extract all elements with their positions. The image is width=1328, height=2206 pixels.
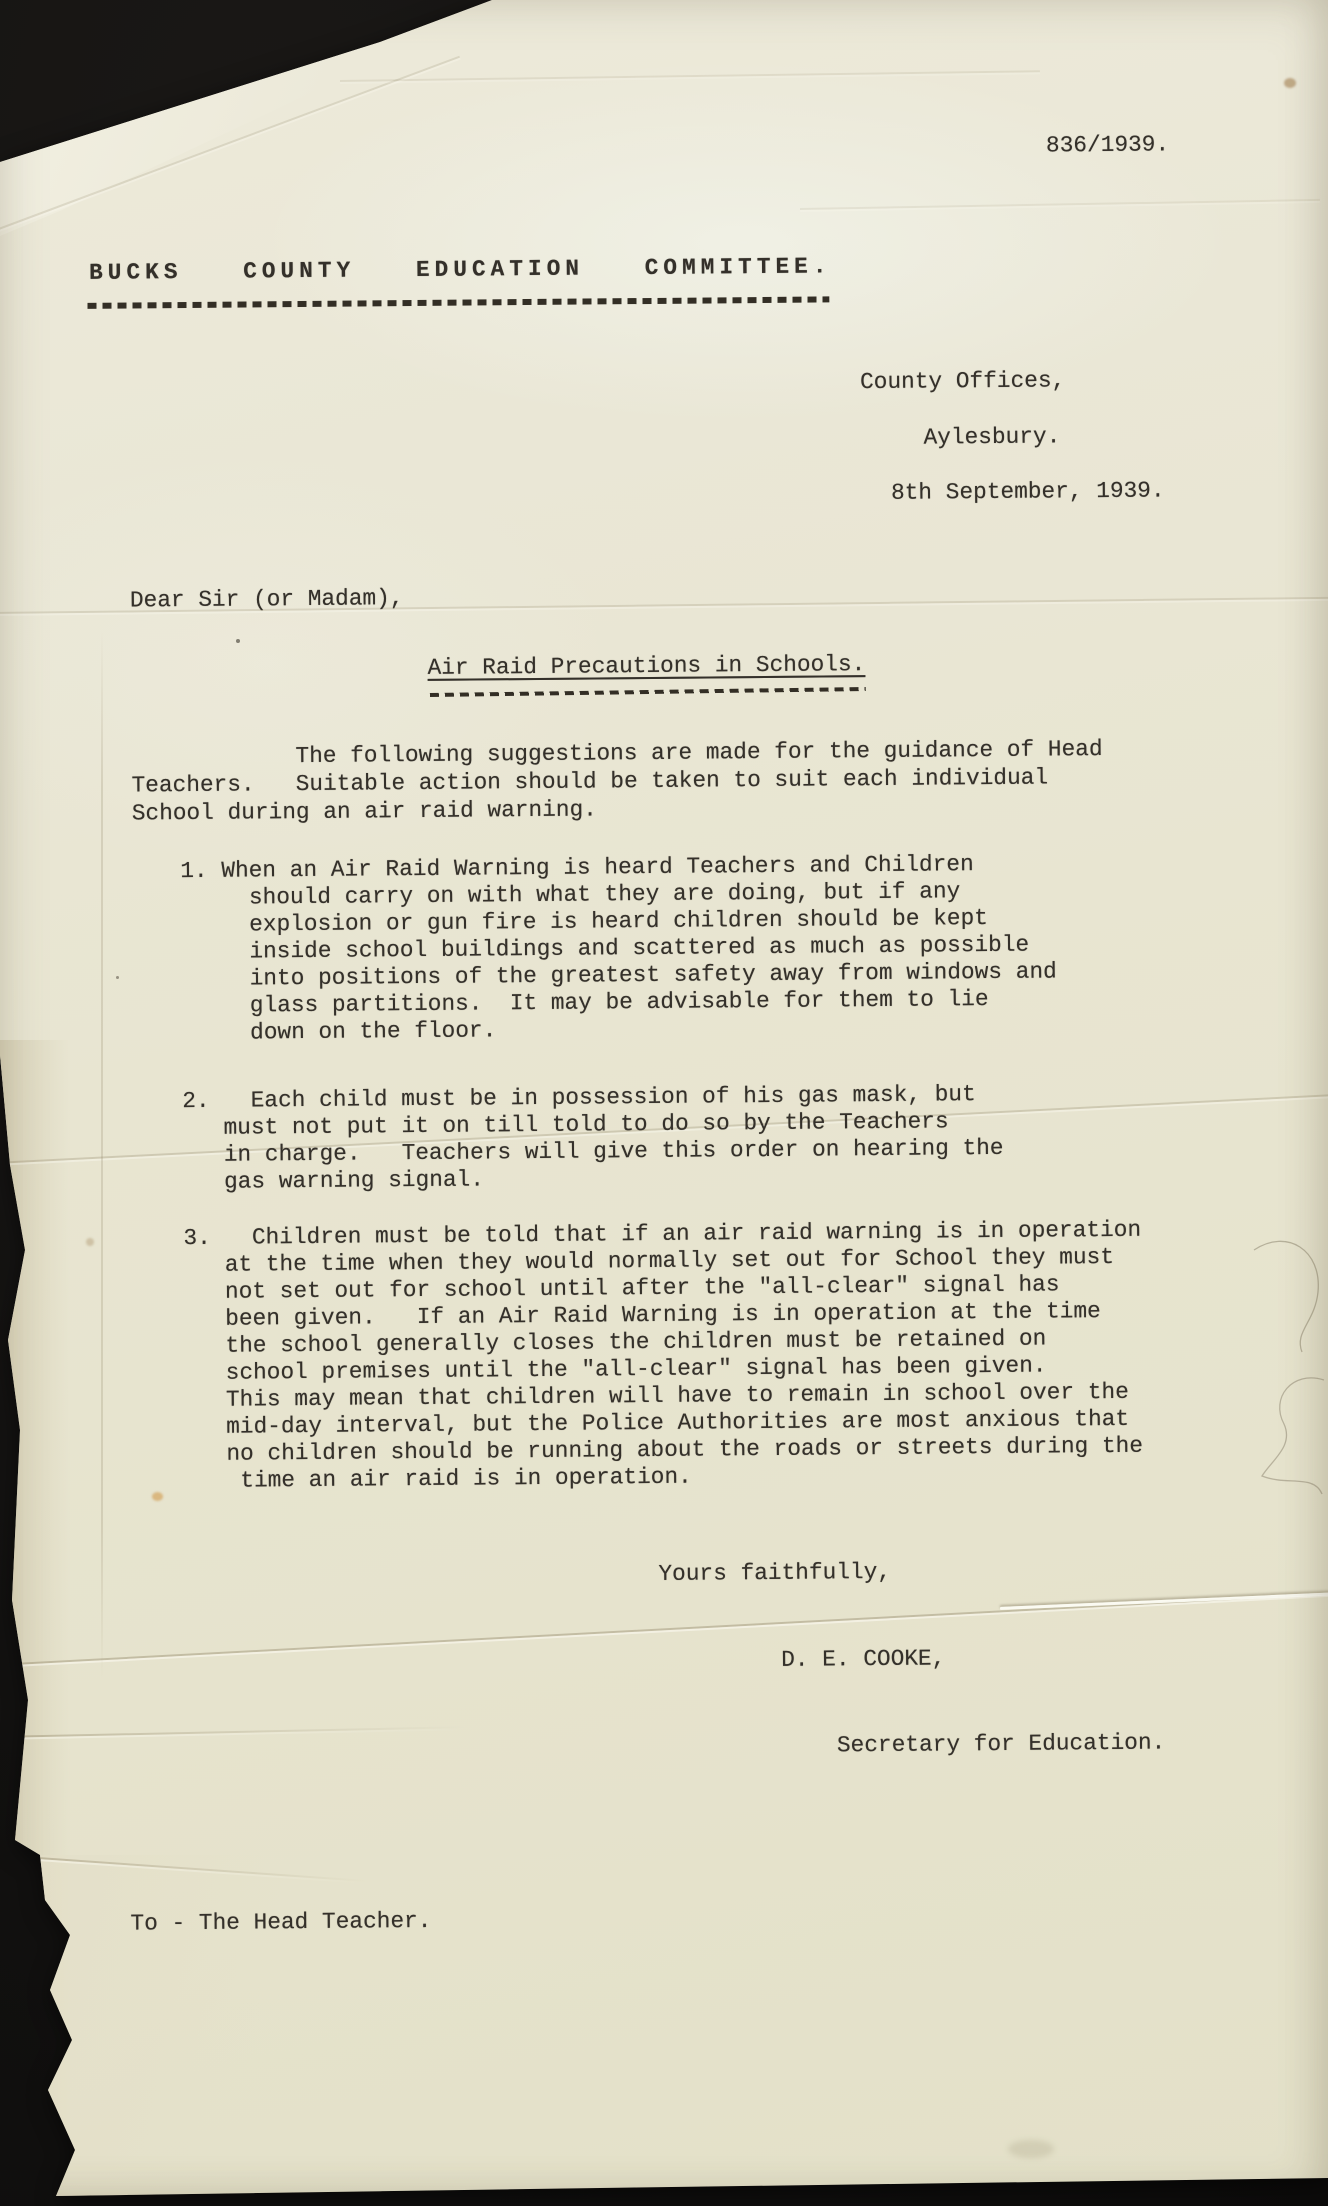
date-line: 8th September, 1939. bbox=[891, 477, 1165, 506]
paper-shadow-wrap: 836/1939. BUCKS COUNTY EDUCATION COMMITT… bbox=[0, 0, 1328, 2206]
typed-text-layer: 836/1939. BUCKS COUNTY EDUCATION COMMITT… bbox=[0, 0, 1328, 2206]
list-item-3: 3. Children must be told that if an air … bbox=[183, 1217, 1143, 1495]
addressee-line: To - The Head Teacher. bbox=[130, 1908, 431, 1938]
scanned-letter-page: 836/1939. BUCKS COUNTY EDUCATION COMMITT… bbox=[0, 0, 1328, 2206]
salutation: Dear Sir (or Madam), bbox=[130, 585, 404, 614]
subject-dashed-rule bbox=[430, 687, 866, 697]
signatory-title: Secretary for Education. bbox=[837, 1730, 1166, 1760]
list-item-1: 1. When an Air Raid Warning is heard Tea… bbox=[180, 850, 1057, 1047]
letter-paper: 836/1939. BUCKS COUNTY EDUCATION COMMITT… bbox=[0, 0, 1328, 2206]
address-line-office: County Offices, bbox=[860, 367, 1065, 396]
signatory-name: D. E. COOKE, bbox=[781, 1645, 945, 1673]
valediction: Yours faithfully, bbox=[658, 1559, 891, 1588]
subject-title: Air Raid Precautions in Schools. bbox=[427, 651, 865, 682]
intro-paragraph: The following suggestions are made for t… bbox=[131, 735, 1103, 827]
reference-number: 836/1939. bbox=[1046, 131, 1169, 159]
list-item-2: 2. Each child must be in possession of h… bbox=[182, 1081, 1004, 1196]
address-line-town: Aylesbury. bbox=[923, 423, 1060, 451]
heading-dashed-rule bbox=[87, 296, 829, 308]
committee-heading: BUCKS COUNTY EDUCATION COMMITTEE. bbox=[89, 253, 832, 286]
